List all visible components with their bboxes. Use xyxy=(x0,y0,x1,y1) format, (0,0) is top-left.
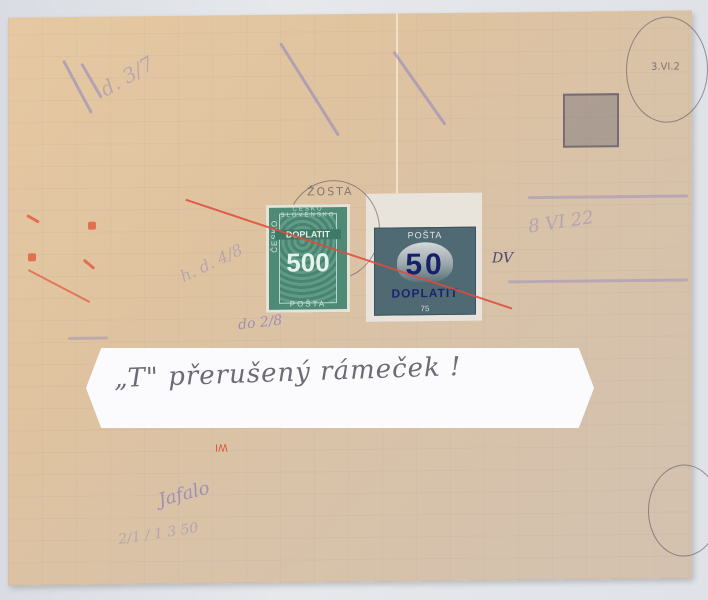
handwriting-line: 2/1 / 1 3 50 xyxy=(117,520,199,548)
stamp-value: 500 xyxy=(269,247,347,279)
postmark-bottom-right xyxy=(648,464,708,557)
note-text: „T" přerušený rámeček ! xyxy=(114,352,462,394)
document-sheet: d. 3/7 h. d. 4/8 do 2/8 8 VI 22 2/1 / 1 … xyxy=(8,10,692,585)
stamp-original-value: 75 xyxy=(375,304,475,314)
postmark-town: ŽOSTA xyxy=(307,185,354,198)
stamp-overprint: DOPLATIT xyxy=(375,286,475,301)
red-mark xyxy=(83,259,96,270)
dv-mark: DV xyxy=(492,250,513,266)
surcharged-stamp-50: POŠTA 50 DOPLATIT 75 xyxy=(374,227,476,316)
red-mark xyxy=(88,222,96,230)
red-mark xyxy=(26,214,40,223)
ink-stroke xyxy=(508,278,688,283)
red-mark xyxy=(28,269,91,303)
handwriting-line: 8 VI 22 xyxy=(527,207,595,238)
handwriting-line: h. d. 4/8 xyxy=(177,240,245,286)
stamp-overprint: DOPLATIT xyxy=(275,229,341,240)
ink-stroke xyxy=(528,194,688,199)
red-mark xyxy=(28,253,36,261)
red-annotation: WI xyxy=(215,441,228,452)
stamp-top-text: POŠTA xyxy=(375,230,475,241)
paper-fold xyxy=(396,13,398,213)
ink-stroke xyxy=(392,51,446,126)
postmark-date: 3.VI.2 xyxy=(651,62,680,73)
stamp-bottom-text: POŠTA xyxy=(269,299,347,309)
handwriting-line: do 2/8 xyxy=(237,312,283,333)
ink-stroke xyxy=(62,60,93,114)
note-label: „T" přerušený rámeček ! xyxy=(86,348,594,428)
hand-stamp xyxy=(563,93,619,148)
stamp-surcharge-value: 50 xyxy=(375,248,475,283)
postmark-top-right: 3.VI.2 xyxy=(626,16,708,123)
postage-due-stamp-500: ČESKO SLOVENSKO ČESKO DOPLATIT 500 POŠTA xyxy=(266,204,350,313)
stamp-top-text: ČESKO SLOVENSKO xyxy=(269,206,347,219)
handwriting-line: d. 3/7 xyxy=(96,51,158,101)
ink-stroke xyxy=(279,42,340,136)
handwriting-line: Jafalo xyxy=(156,478,211,511)
ink-stroke xyxy=(68,337,108,340)
